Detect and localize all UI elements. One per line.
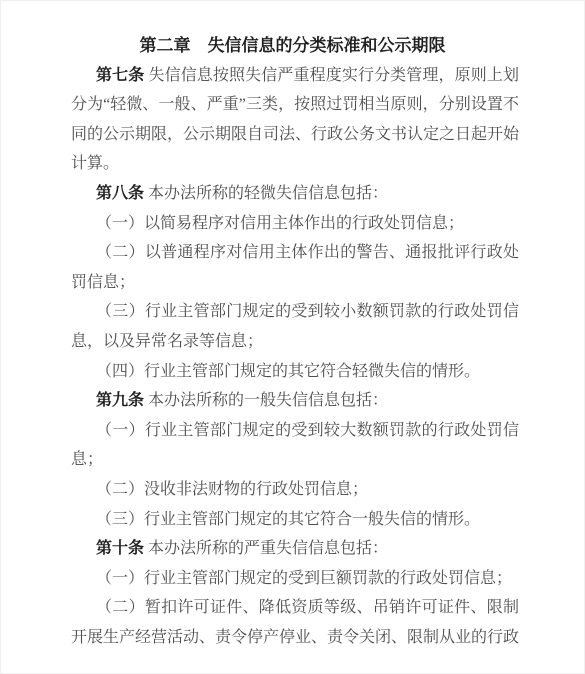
list-item-paragraph: （二）没收非法财物的行政处罚信息； (71, 475, 519, 505)
paragraph-text: （二）以普通程序对信用主体作出的警告、通报批评行政处罚信息； (71, 244, 519, 291)
article-head: 第十条 (96, 540, 144, 557)
list-item-paragraph: （一）行业主管部门规定的受到较大数额罚款的行政处罚信息； (71, 416, 519, 475)
paragraph-text: 本办法所称的严重失信信息包括： (148, 540, 388, 557)
article-paragraph: 第八条 本办法所称的轻微失信信息包括： (71, 179, 519, 209)
paragraph-text: 本办法所称的一般失信信息包括： (148, 392, 388, 409)
paragraph-text: （三）行业主管部门规定的受到较小数额罚款的行政处罚信息，以及异常名录等信息； (71, 303, 519, 350)
paragraph-text: 本办法所称的轻微失信信息包括： (148, 185, 388, 202)
list-item-paragraph: （二）以普通程序对信用主体作出的警告、通报批评行政处罚信息； (71, 238, 519, 297)
list-item-paragraph: （一）以简易程序对信用主体作出的行政处罚信息； (71, 209, 519, 239)
paragraph-text: （一）以简易程序对信用主体作出的行政处罚信息； (96, 215, 464, 232)
document-page: 第二章 失信信息的分类标准和公示期限 第七条 失信信息按照失信严重程度实行分类管… (0, 0, 585, 674)
paragraph-text: （一）行业主管部门规定的受到较大数额罚款的行政处罚信息； (71, 422, 519, 469)
list-item-paragraph: （三）行业主管部门规定的受到较小数额罚款的行政处罚信息，以及异常名录等信息； (71, 297, 519, 356)
article-paragraph: 第七条 失信信息按照失信严重程度实行分类管理，原则上划分为“轻微、一般、严重”三… (71, 61, 519, 179)
article-head: 第八条 (96, 185, 144, 202)
paragraph-text: （一）行业主管部门规定的受到巨额罚款的行政处罚信息； (96, 570, 512, 587)
chapter-title: 第二章 失信信息的分类标准和公示期限 (66, 31, 519, 61)
list-item-paragraph: （一）行业主管部门规定的受到巨额罚款的行政处罚信息； (71, 564, 519, 594)
article-head: 第七条 (96, 67, 144, 84)
list-item-paragraph: （四）行业主管部门规定的其它符合轻微失信的情形。 (71, 357, 519, 387)
paragraph-text: （二）没收非法财物的行政处罚信息； (96, 481, 368, 498)
list-item-paragraph: （二）暂扣许可证件、降低资质等级、吊销许可证件、限制开展生产经营活动、责令停产停… (71, 593, 519, 652)
paragraph-text: （三）行业主管部门规定的其它符合一般失信的情形。 (96, 511, 480, 528)
article-paragraph: 第九条 本办法所称的一般失信信息包括： (71, 386, 519, 416)
paragraph-text: （四）行业主管部门规定的其它符合轻微失信的情形。 (96, 363, 480, 380)
paragraph-text: （二）暂扣许可证件、降低资质等级、吊销许可证件、限制开展生产经营活动、责令停产停… (71, 599, 519, 646)
article-paragraph: 第十条 本办法所称的严重失信信息包括： (71, 534, 519, 564)
list-item-paragraph: （三）行业主管部门规定的其它符合一般失信的情形。 (71, 505, 519, 535)
article-head: 第九条 (96, 392, 144, 409)
